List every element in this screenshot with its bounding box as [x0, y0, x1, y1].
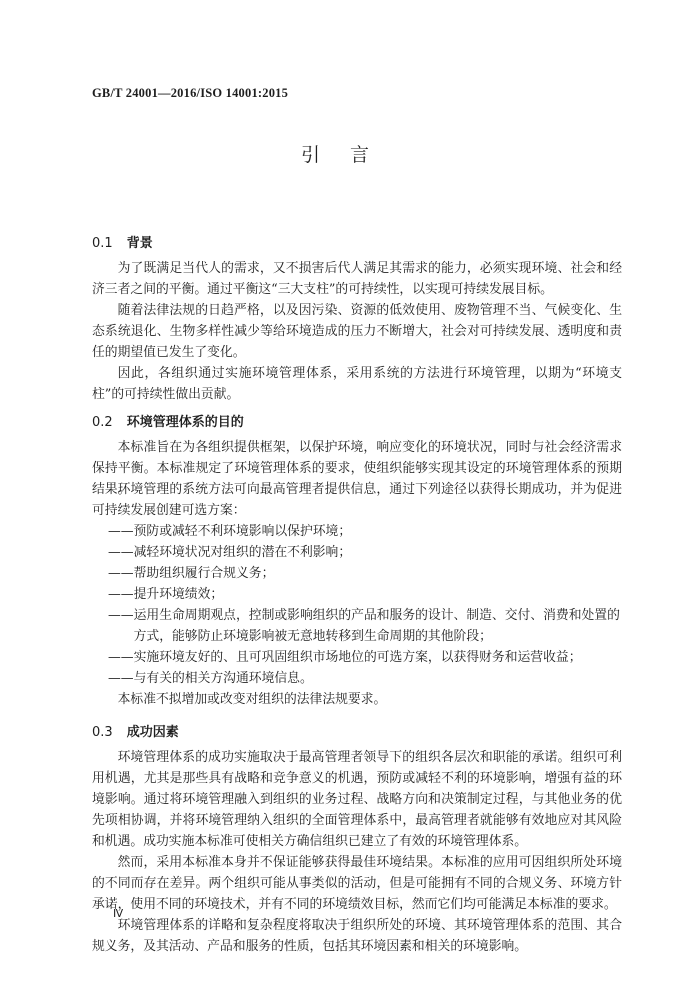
- list-item: ——提升环境绩效；: [108, 584, 622, 605]
- list-item: ——与有关的相关方沟通环境信息。: [108, 668, 622, 689]
- section-heading-0-3: 0.3成功因素: [92, 721, 179, 740]
- paragraph: 本标准不拟增加或改变对组织的法律法规要求。: [92, 689, 622, 710]
- list-item: ——实施环境友好的、且可巩固组织市场地位的可选方案，以获得财务和运营收益；: [108, 647, 622, 668]
- page-title: 引言: [0, 140, 700, 167]
- section-title: 背景: [127, 236, 153, 251]
- list-item: ——运用生命周期观点，控制或影响组织的产品和服务的设计、制造、交付、消费和处置的…: [108, 605, 622, 647]
- paragraph: 随着法律法规的日趋严格，以及因污染、资源的低效使用、废物管理不当、气候变化、生态…: [92, 300, 622, 363]
- list-item: ——预防或减轻不利环境影响以保护环境；: [108, 521, 622, 542]
- section-number: 0.2: [92, 415, 113, 430]
- section-title: 环境管理体系的目的: [127, 415, 244, 430]
- paragraph: 环境管理体系的成功实施取决于最高管理者领导下的组织各层次和职能的承诺。组织可利用…: [92, 747, 622, 852]
- page-number: Ⅳ: [113, 907, 123, 920]
- section-heading-0-1: 0.1背景: [92, 232, 153, 251]
- standard-code-header: GB/T 24001—2016/ISO 14001:2015: [92, 86, 288, 101]
- list-item: ——减轻环境状况对组织的潜在不利影响；: [108, 542, 622, 563]
- paragraph: 因此，各组织通过实施环境管理体系，采用系统的方法进行环境管理，以期为“环境支柱”…: [92, 363, 622, 405]
- section-number: 0.1: [92, 236, 113, 251]
- section-title: 成功因素: [127, 725, 179, 740]
- paragraph: 环境管理体系的详略和复杂程度将取决于组织所处的环境、其环境管理体系的范围、其合规…: [92, 915, 622, 957]
- list-item: ——帮助组织履行合规义务；: [108, 563, 622, 584]
- paragraph: 为了既满足当代人的需求，又不损害后代人满足其需求的能力，必须实现环境、社会和经济…: [92, 258, 622, 300]
- section-heading-0-2: 0.2环境管理体系的目的: [92, 411, 244, 430]
- section-number: 0.3: [92, 725, 113, 740]
- paragraph: 然而，采用本标准本身并不保证能够获得最佳环境结果。本标准的应用可因组织所处环境的…: [92, 852, 622, 915]
- paragraph: 环境管理的系统方法可向最高管理者提供信息，通过下列途径以获得长期成功，并为促进可…: [92, 479, 622, 521]
